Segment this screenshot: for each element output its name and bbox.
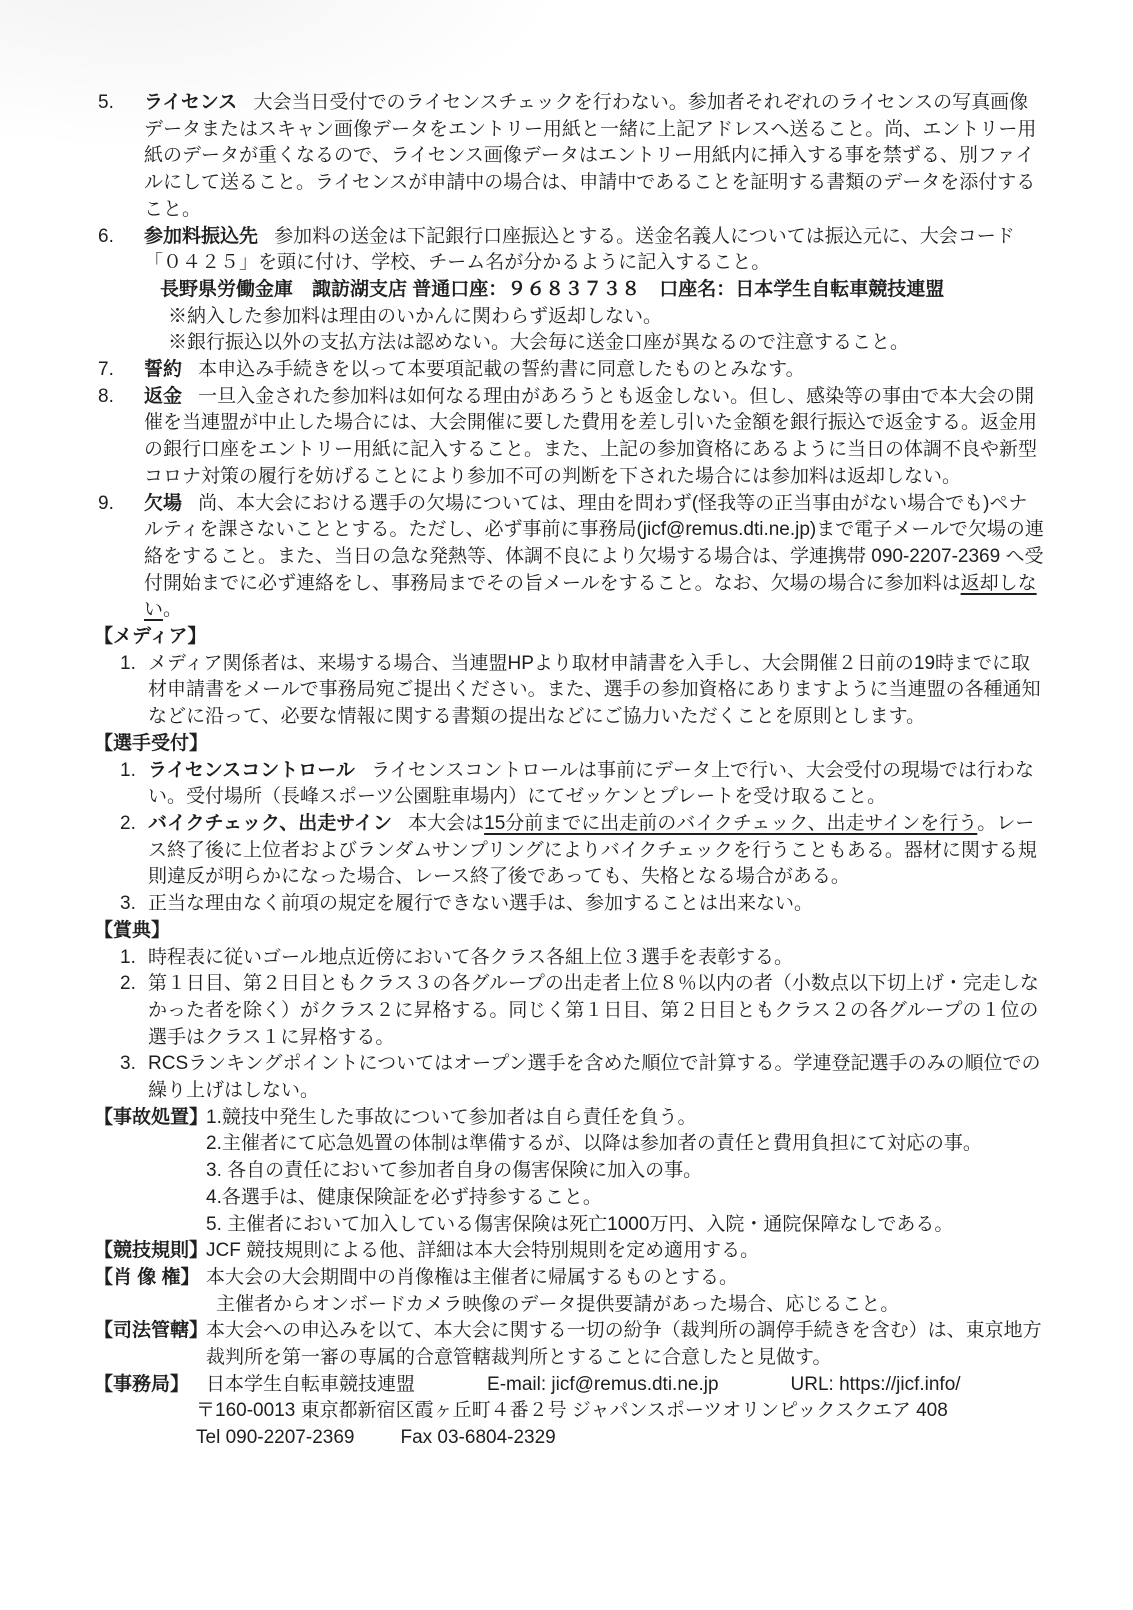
office-url: URL: https://jicf.info/ [791, 1372, 961, 1399]
section-accident: 【事故処置】 1.競技中発生した事故について参加者は自ら責任を負う。 2.主催者… [98, 1105, 1045, 1239]
section-heading-accident: 【事故処置】 [94, 1105, 206, 1132]
rules-text: JCF 競技規則による他、詳細は本大会特別規則を定め適用する。 [206, 1238, 1045, 1265]
item-number: 3. [120, 891, 148, 918]
item-term: ライセンス [144, 92, 237, 113]
item-body: ライセンス大会当日受付でのライセンスチェックを行わない。参加者それぞれのライセン… [144, 90, 1045, 224]
item-number: 1. [120, 651, 148, 678]
item-number: 1. [120, 758, 148, 785]
section-jurisdiction: 【司法管轄】 本大会への申込みを以て、本大会に関する一切の紛争（裁判所の調停手続… [98, 1318, 1045, 1371]
item-body: 参加料振込先参加料の送金は下記銀行口座振込とする。送金名義人については振込元に、… [144, 224, 1045, 358]
item-text: 本申込み手続きを以って本要項記載の誓約書に同意したものとみなす。 [198, 359, 804, 380]
item-text: 一旦入金された参加料は如何なる理由があろうとも返金しない。但し、感染等の事由で本… [144, 386, 1037, 487]
item-number: 6. [98, 224, 144, 251]
accident-item: 4.各選手は、健康保険証を必ず持参すること。 [206, 1185, 1045, 1212]
item-term: 参加料振込先 [144, 226, 258, 247]
item-term: 返金 [144, 386, 182, 407]
prize-item: 2. 第１日目、第２日目ともクラス３の各グループの出走者上位８％以内の者（小数点… [120, 971, 1045, 1051]
office-tel-fax: Tel 090-2207-2369 Fax 03-6804-2329 [196, 1425, 1045, 1452]
accident-items: 1.競技中発生した事故について参加者は自ら責任を負う。 2.主催者にて応急処置の… [206, 1105, 1045, 1239]
item-number: 9. [98, 491, 144, 518]
item-text: 参加料の送金は下記銀行口座振込とする。送金名義人については振込元に、大会コード「… [144, 226, 1015, 274]
reception-item-license-control: 1. ライセンスコントロールライセンスコントロールは事前にデータ上で行い、大会受… [120, 758, 1045, 811]
item-number: 3. [120, 1051, 148, 1078]
item-body: ライセンスコントロールライセンスコントロールは事前にデータ上で行い、大会受付の現… [148, 758, 1045, 811]
item-term: バイクチェック、出走サイン [148, 813, 392, 834]
item-number: 5. [98, 90, 144, 117]
section-rules: 【競技規則】 JCF 競技規則による他、詳細は本大会特別規則を定め適用する。 [98, 1238, 1045, 1265]
document-page: 5. ライセンス大会当日受付でのライセンスチェックを行わない。参加者それぞれのラ… [0, 0, 1133, 1610]
portrait-line-1: 本大会の大会期間中の肖像権は主催者に帰属するものとする。 [206, 1265, 1045, 1292]
office-contact-line: 日本学生自転車競技連盟 E-mail: jicf@remus.dti.ne.jp… [206, 1372, 1045, 1399]
office-info: 日本学生自転車競技連盟 E-mail: jicf@remus.dti.ne.jp… [206, 1372, 1045, 1452]
office-address: 〒160-0013 東京都新宿区霞ヶ丘町４番２号 ジャパンスポーツオリンピックス… [196, 1398, 1045, 1425]
office-org-name: 日本学生自転車競技連盟 [206, 1372, 415, 1399]
item-number: 1. [120, 945, 148, 972]
item-body: 欠場尚、本大会における選手の欠場については、理由を問わず(怪我等の正当事由がない… [144, 491, 1045, 625]
section-heading-rules: 【競技規則】 [94, 1238, 206, 1265]
bank-account-line: 長野県労働金庫 諏訪湖支店 普通口座：９６８３７３８ 口座名：日本学生自転車競技… [160, 277, 1045, 304]
section-heading-portrait: 【肖 像 権】 [94, 1265, 206, 1292]
office-fax: Fax 03-6804-2329 [400, 1425, 555, 1452]
section-heading-prizes: 【賞典】 [94, 918, 1045, 945]
item-body: 第１日目、第２日目ともクラス３の各グループの出走者上位８％以内の者（小数点以下切… [148, 971, 1045, 1051]
item-number: 7. [98, 357, 144, 384]
section-heading-media: 【メディア】 [94, 624, 1045, 651]
accident-item: 5. 主催者において加入している傷害保険は死亡1000万円、入院・通院保障なしで… [206, 1212, 1045, 1239]
accident-item: 3. 各自の責任において参加者自身の傷害保険に加入の事。 [206, 1158, 1045, 1185]
item-body: バイクチェック、出走サイン本大会は15分前までに出走前のバイクチェック、出走サイ… [148, 811, 1045, 891]
item-body: 正当な理由なく前項の規定を履行できない選手は、参加することは出来ない。 [148, 891, 1045, 918]
office-email: E-mail: jicf@remus.dti.ne.jp [487, 1372, 719, 1399]
section-portrait-rights: 【肖 像 権】 本大会の大会期間中の肖像権は主催者に帰属するものとする。 主催者… [98, 1265, 1045, 1318]
underlined-phrase: 15分前までに出走前のバイクチェック、出走サインを行う [484, 813, 977, 834]
item-number: 2. [120, 971, 148, 998]
item-number: 8. [98, 384, 144, 411]
item-body: メディア関係者は、来場する場合、当連盟HPより取材申請書を入手し、大会開催２日前… [148, 651, 1045, 731]
item-text-end: 。 [163, 599, 182, 620]
list-item-license: 5. ライセンス大会当日受付でのライセンスチェックを行わない。参加者それぞれのラ… [98, 90, 1045, 224]
item-body: 時程表に従いゴール地点近傍において各クラス各組上位３選手を表彰する。 [148, 945, 1045, 972]
section-heading-office: 【事務局】 [94, 1372, 206, 1399]
jurisdiction-text: 本大会への申込みを以て、本大会に関する一切の紛争（裁判所の調停手続きを含む）は、… [206, 1318, 1045, 1371]
accident-item: 2.主催者にて応急処置の体制は準備するが、以降は参加者の責任と費用負担にて対応の… [206, 1131, 1045, 1158]
section-heading-reception: 【選手受付】 [94, 731, 1045, 758]
prize-item: 1. 時程表に従いゴール地点近傍において各クラス各組上位３選手を表彰する。 [120, 945, 1045, 972]
portrait-text: 本大会の大会期間中の肖像権は主催者に帰属するものとする。 主催者からオンボードカ… [206, 1265, 1045, 1318]
item-text: 尚、本大会における選手の欠場については、理由を問わず(怪我等の正当事由がない場合… [144, 493, 1044, 594]
payment-note-1: ※納入した参加料は理由のいかんに関わらず返却しない。 [168, 304, 1045, 331]
item-number: 2. [120, 811, 148, 838]
item-text: 本大会は [408, 813, 484, 834]
payment-note-2: ※銀行振込以外の支払方法は認めない。大会毎に送金口座が異なるので注意すること。 [168, 330, 1045, 357]
office-tel: Tel 090-2207-2369 [196, 1425, 354, 1452]
item-term: 欠場 [144, 493, 182, 514]
reception-item-compliance: 3. 正当な理由なく前項の規定を履行できない選手は、参加することは出来ない。 [120, 891, 1045, 918]
reception-item-bike-check: 2. バイクチェック、出走サイン本大会は15分前までに出走前のバイクチェック、出… [120, 811, 1045, 891]
media-item: 1. メディア関係者は、来場する場合、当連盟HPより取材申請書を入手し、大会開催… [120, 651, 1045, 731]
list-item-payment: 6. 参加料振込先参加料の送金は下記銀行口座振込とする。送金名義人については振込… [98, 224, 1045, 358]
list-item-refund: 8. 返金一旦入金された参加料は如何なる理由があろうとも返金しない。但し、感染等… [98, 384, 1045, 491]
list-item-absence: 9. 欠場尚、本大会における選手の欠場については、理由を問わず(怪我等の正当事由… [98, 491, 1045, 625]
section-heading-jurisdiction: 【司法管轄】 [94, 1318, 206, 1345]
item-term: ライセンスコントロール [148, 760, 355, 781]
item-body: 返金一旦入金された参加料は如何なる理由があろうとも返金しない。但し、感染等の事由… [144, 384, 1045, 491]
portrait-line-2: 主催者からオンボードカメラ映像のデータ提供要請があった場合、応じること。 [216, 1292, 1045, 1319]
section-office: 【事務局】 日本学生自転車競技連盟 E-mail: jicf@remus.dti… [98, 1372, 1045, 1452]
list-item-oath: 7. 誓約本申込み手続きを以って本要項記載の誓約書に同意したものとみなす。 [98, 357, 1045, 384]
item-body: RCSランキングポイントについてはオープン選手を含めた順位で計算する。学連登記選… [148, 1051, 1045, 1104]
item-text: 大会当日受付でのライセンスチェックを行わない。参加者それぞれのライセンスの写真画… [144, 92, 1036, 220]
item-term: 誓約 [144, 359, 182, 380]
prize-item: 3. RCSランキングポイントについてはオープン選手を含めた順位で計算する。学連… [120, 1051, 1045, 1104]
accident-item: 1.競技中発生した事故について参加者は自ら責任を負う。 [206, 1105, 1045, 1132]
item-body: 誓約本申込み手続きを以って本要項記載の誓約書に同意したものとみなす。 [144, 357, 1045, 384]
